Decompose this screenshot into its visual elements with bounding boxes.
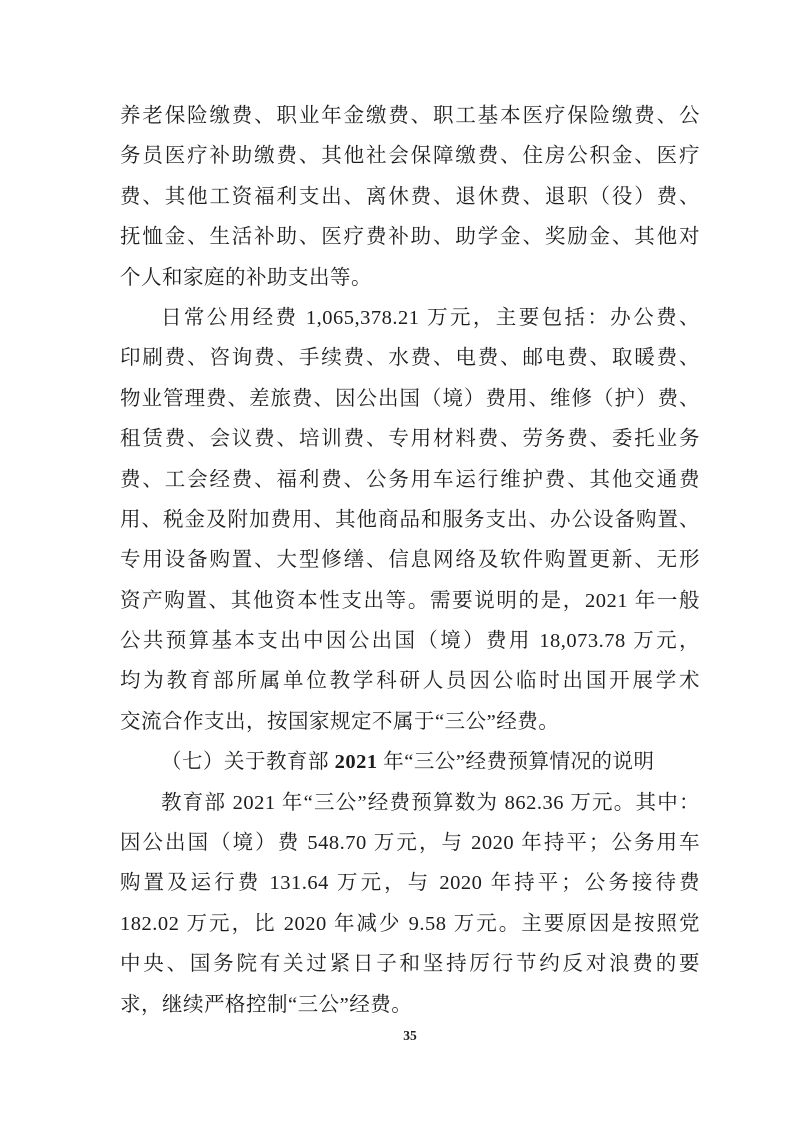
body-line: 印刷费、咨询费、手续费、水费、电费、邮电费、取暖费、: [120, 338, 700, 378]
body-line: 购置及运行费 131.64 万元，与 2020 年持平；公务接待费: [120, 863, 700, 903]
body-line: 费、其他工资福利支出、离休费、退休费、退职（役）费、: [120, 177, 700, 217]
body-line: 个人和家庭的补助支出等。: [120, 258, 700, 298]
body-line: 因公出国（境）费 548.70 万元，与 2020 年持平；公务用车: [120, 823, 700, 863]
body-line: 抚恤金、生活补助、医疗费补助、助学金、奖励金、其他对: [120, 217, 700, 257]
body-line: 182.02 万元，比 2020 年减少 9.58 万元。主要原因是按照党: [120, 904, 700, 944]
body-line: 中央、国务院有关过紧日子和坚持厉行节约反对浪费的要: [120, 944, 700, 984]
page-number: 35: [120, 1026, 700, 1046]
section-heading: （七）关于教育部 2021 年“三公”经费预算情况的说明: [120, 742, 700, 782]
body-line: 教育部 2021 年“三公”经费预算数为 862.36 万元。其中：: [120, 783, 700, 823]
section-heading-suffix: 年“三公”经费预算情况的说明: [378, 751, 655, 773]
body-line: 租赁费、会议费、培训费、专用材料费、劳务费、委托业务: [120, 419, 700, 459]
body-line: 物业管理费、差旅费、因公出国（境）费用、维修（护）费、: [120, 379, 700, 419]
body-line: 公共预算基本支出中因公出国（境）费用 18,073.78 万元，: [120, 621, 700, 661]
body-line: 养老保险缴费、职业年金缴费、职工基本医疗保险缴费、公: [120, 96, 700, 136]
body-line: 日常公用经费 1,065,378.21 万元，主要包括：办公费、: [120, 298, 700, 338]
body-line: 务员医疗补助缴费、其他社会保障缴费、住房公积金、医疗: [120, 136, 700, 176]
body-line: 用、税金及附加费用、其他商品和服务支出、办公设备购置、: [120, 500, 700, 540]
section-heading-prefix: （七）关于教育部: [161, 751, 335, 773]
body-line: 交流合作支出，按国家规定不属于“三公”经费。: [120, 702, 700, 742]
body-line: 专用设备购置、大型修缮、信息网络及软件购置更新、无形: [120, 540, 700, 580]
body-line: 求，继续严格控制“三公”经费。: [120, 985, 700, 1025]
document-page: 养老保险缴费、职业年金缴费、职工基本医疗保险缴费、公 务员医疗补助缴费、其他社会…: [0, 0, 800, 1131]
body-line: 费、工会经费、福利费、公务用车运行维护费、其他交通费: [120, 460, 700, 500]
section-heading-year: 2021: [335, 751, 378, 773]
text-column: 养老保险缴费、职业年金缴费、职工基本医疗保险缴费、公 务员医疗补助缴费、其他社会…: [120, 96, 700, 1025]
body-line: 均为教育部所属单位教学科研人员因公临时出国开展学术: [120, 661, 700, 701]
body-line: 资产购置、其他资本性支出等。需要说明的是，2021 年一般: [120, 581, 700, 621]
